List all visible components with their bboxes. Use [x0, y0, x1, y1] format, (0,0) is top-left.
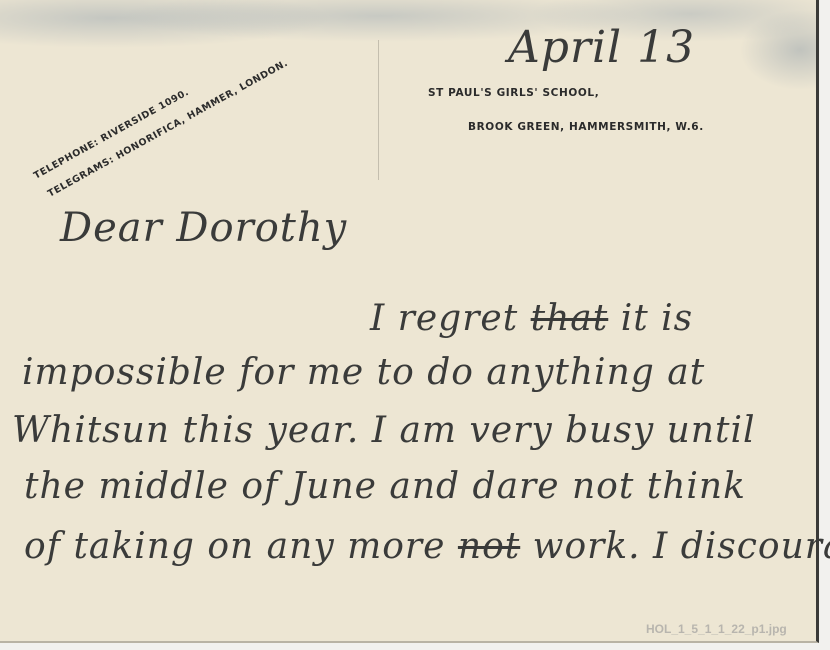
filename-watermark: HOL_1_5_1_1_22_p1.jpg	[646, 622, 787, 636]
letter-line-4: the middle of June and dare not think	[24, 466, 746, 507]
letter-card: TELEPHONE: RIVERSIDE 1090. TELEGRAMS: HO…	[0, 0, 819, 643]
struck-word: not	[458, 526, 520, 567]
letter-line-3: Whitsun this year. I am very busy until	[12, 410, 755, 451]
date-handwritten: April 13	[508, 22, 695, 73]
letter-line-5: of taking on any more not work. I discou…	[24, 526, 830, 567]
letter-line-1: I regret that it is	[370, 298, 693, 339]
struck-word: that	[531, 298, 609, 339]
school-address: BROOK GREEN, HAMMERSMITH, W.6.	[468, 121, 704, 133]
telegrams-line: TELEGRAMS: HONORIFICA, HAMMER, LONDON.	[46, 58, 290, 200]
fold-crease	[378, 40, 379, 180]
salutation: Dear Dorothy	[60, 205, 347, 251]
school-name: ST PAUL'S GIRLS' SCHOOL,	[428, 87, 599, 99]
letter-line-2: impossible for me to do anything at	[22, 352, 705, 393]
